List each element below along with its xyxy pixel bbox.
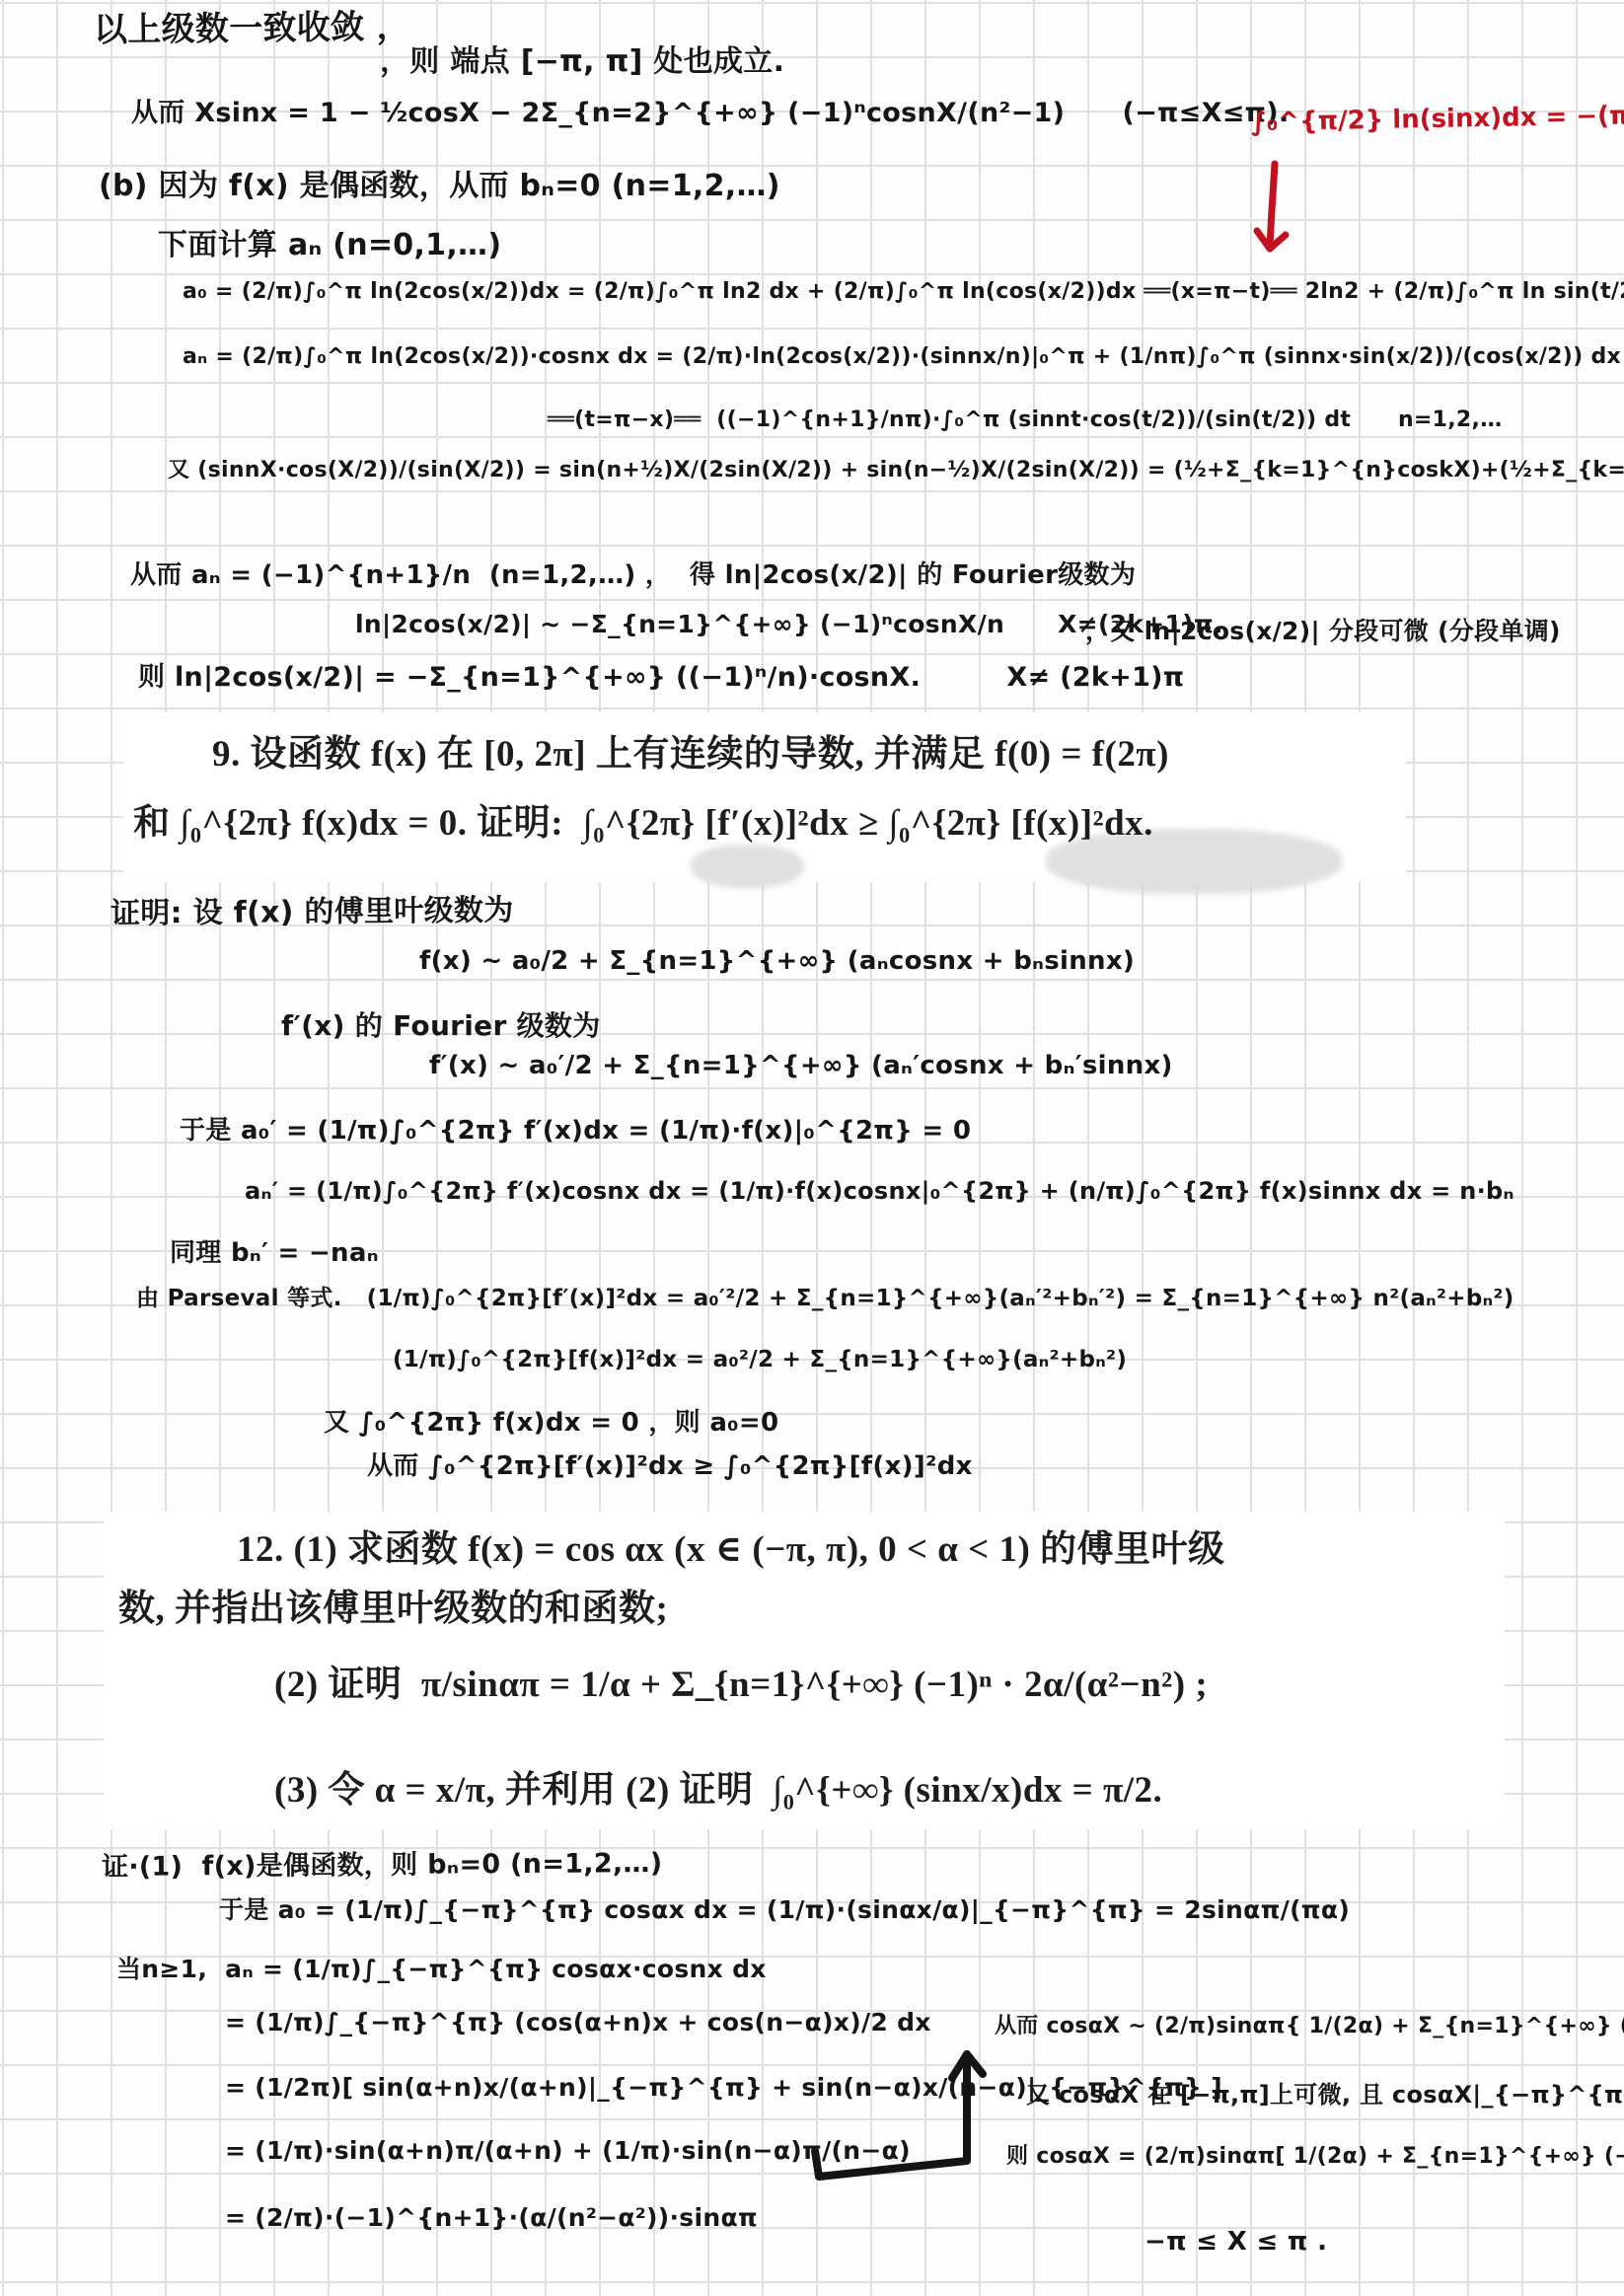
proof9-parseval-f: (1/π)∫₀^{2π}[f(x)]²dx = a₀²/2 + Σ_{n=1}^… (393, 1346, 1127, 1374)
proof9-fourier-fprime: f′(x) ∼ a₀′/2 + Σ_{n=1}^{+∞} (aₙ′cosnx +… (429, 1050, 1173, 1082)
proof9-a0-zero: 又 ∫₀^{2π} f(x)dx = 0 ，则 a₀=0 (324, 1407, 778, 1440)
hw-line-even-function: (b) 因为 f(x) 是偶函数，从而 bₙ=0 (n=1,2,…) (99, 168, 780, 205)
proof9-a0prime: 于是 a₀′ = (1/π)∫₀^{2π} f′(x)dx = (1/π)·f(… (180, 1115, 971, 1148)
proof9-bnprime: 同理 bₙ′ = −naₙ (170, 1237, 379, 1270)
proof9-parseval-fprime: 由 Parseval 等式. (1/π)∫₀^{2π}[f′(x)]²dx = … (136, 1285, 1514, 1313)
hw-line-sine-identity: 又 (sinnX·cos(X/2))/(sin(X/2)) = sin(n+½)… (168, 457, 1624, 484)
sol12-an-result: = (2/π)·(−1)^{n+1}·(α/(n²−α²))·sinαπ (225, 2202, 758, 2233)
hw-line-compute-an: 下面计算 aₙ (n=0,1,…) (158, 227, 501, 264)
hw-line-piecewise-note: ，又 ln|2cos(x/2)| 分段可微 (分段单调) (1085, 616, 1561, 646)
hw-line-a0-integral: a₀ = (2/π)∫₀^π ln(2cos(x/2))dx = (2/π)∫₀… (183, 278, 1624, 306)
red-integral-note: ∫₀^{π/2} ln(sinx)dx = −(π/2)·ln2 (1251, 99, 1624, 139)
problem12-line1: 12. (1) 求函数 f(x) = cos αx (x ∈ (−π, π), … (237, 1527, 1225, 1573)
sol12-a0: 于是 a₀ = (1/π)∫_{−π}^{π} cosαx dx = (1/π)… (219, 1894, 1350, 1925)
proof9-setup: 证明: 设 f(x) 的傅里叶级数为 (111, 892, 514, 932)
hw-line-uniform-convergence: 以上级数一致收敛 ， (94, 6, 410, 51)
hw-line-an-result: 从而 aₙ = (−1)^{n+1}/n (n=1,2,…) ， 得 ln|2c… (130, 559, 1136, 592)
sol12-right-equality: 则 cosαX = (2/π)sinαπ[ 1/(2α) + Σ_{n=1}^{… (1006, 2143, 1624, 2171)
problem12-line4: (3) 令 α = x/π, 并利用 (2) 证明 ∫₀^{+∞} (sinx/… (274, 1768, 1162, 1814)
proof9-fourier-fprime-label: f′(x) 的 Fourier 级数为 (281, 1008, 601, 1043)
black-up-arrow (799, 2035, 1006, 2192)
sol12-an-step1: = (1/π)∫_{−π}^{π} (cos(α+n)x + cos(n−α)x… (225, 2007, 931, 2037)
problem9-line2: 和 ∫₀^{2π} f(x)dx = 0. 证明: ∫₀^{2π} [f′(x)… (133, 801, 1153, 847)
sol12-right-domain: −π ≤ X ≤ π . (1144, 2226, 1327, 2259)
proof9-conclusion: 从而 ∫₀^{2π}[f′(x)]²dx ≥ ∫₀^{2π}[f(x)]²dx (367, 1450, 973, 1483)
notes-page: 以上级数一致收敛 ， ，则 端点 [−π, π] 处也成立. 从而 Xsinx … (0, 0, 1624, 2296)
sol12-right-series: 从而 cosαX ∼ (2/π)sinαπ{ 1/(2α) + Σ_{n=1}^… (995, 2013, 1624, 2040)
problem12-line3: (2) 证明 π/sinαπ = 1/α + Σ_{n=1}^{+∞} (−1)… (274, 1663, 1208, 1708)
problem9-line1: 9. 设函数 f(x) 在 [0, 2π] 上有连续的导数, 并满足 f(0) … (212, 732, 1169, 778)
sol12-even: 证·(1) f(x)是偶函数，则 bₙ=0 (n=1,2,…) (102, 1847, 663, 1885)
sol12-an-setup: 当n≥1, aₙ = (1/π)∫_{−π}^{π} cosαx·cosnx d… (116, 1954, 767, 1984)
proof9-anprime: aₙ′ = (1/π)∫₀^{2π} f′(x)cosnx dx = (1/π)… (245, 1176, 1514, 1206)
hw-line-substitution: ══(t=π−x)══ ((−1)^{n+1}/nπ)·∫₀^π (sinnt·… (548, 407, 1503, 434)
sol12-right-differentiable: 又 cosαX 在 [−π,π]上可微, 且 cosαX|_{−π}^{π} =… (1026, 2080, 1624, 2110)
hw-line-ln-equality: 则 ln|2cos(x/2)| = −Σ_{n=1}^{+∞} ((−1)ⁿ/n… (138, 661, 1184, 695)
problem12-line2: 数, 并指出该傅里叶级数的和函数; (118, 1587, 668, 1632)
hw-line-xsinx-series: 从而 Xsinx = 1 − ½cosX − 2Σ_{n=2}^{+∞} (−1… (131, 97, 1290, 130)
hw-line-endpoints-hold: ，则 端点 [−π, π] 处也成立. (380, 43, 784, 81)
proof9-fourier-f: f(x) ∼ a₀/2 + Σ_{n=1}^{+∞} (aₙcosnx + bₙ… (419, 945, 1135, 978)
hw-line-an-integral: aₙ = (2/π)∫₀^π ln(2cos(x/2))·cosnx dx = … (183, 343, 1621, 371)
red-down-arrow (1245, 158, 1304, 266)
eraser-smudge-small (691, 845, 804, 888)
